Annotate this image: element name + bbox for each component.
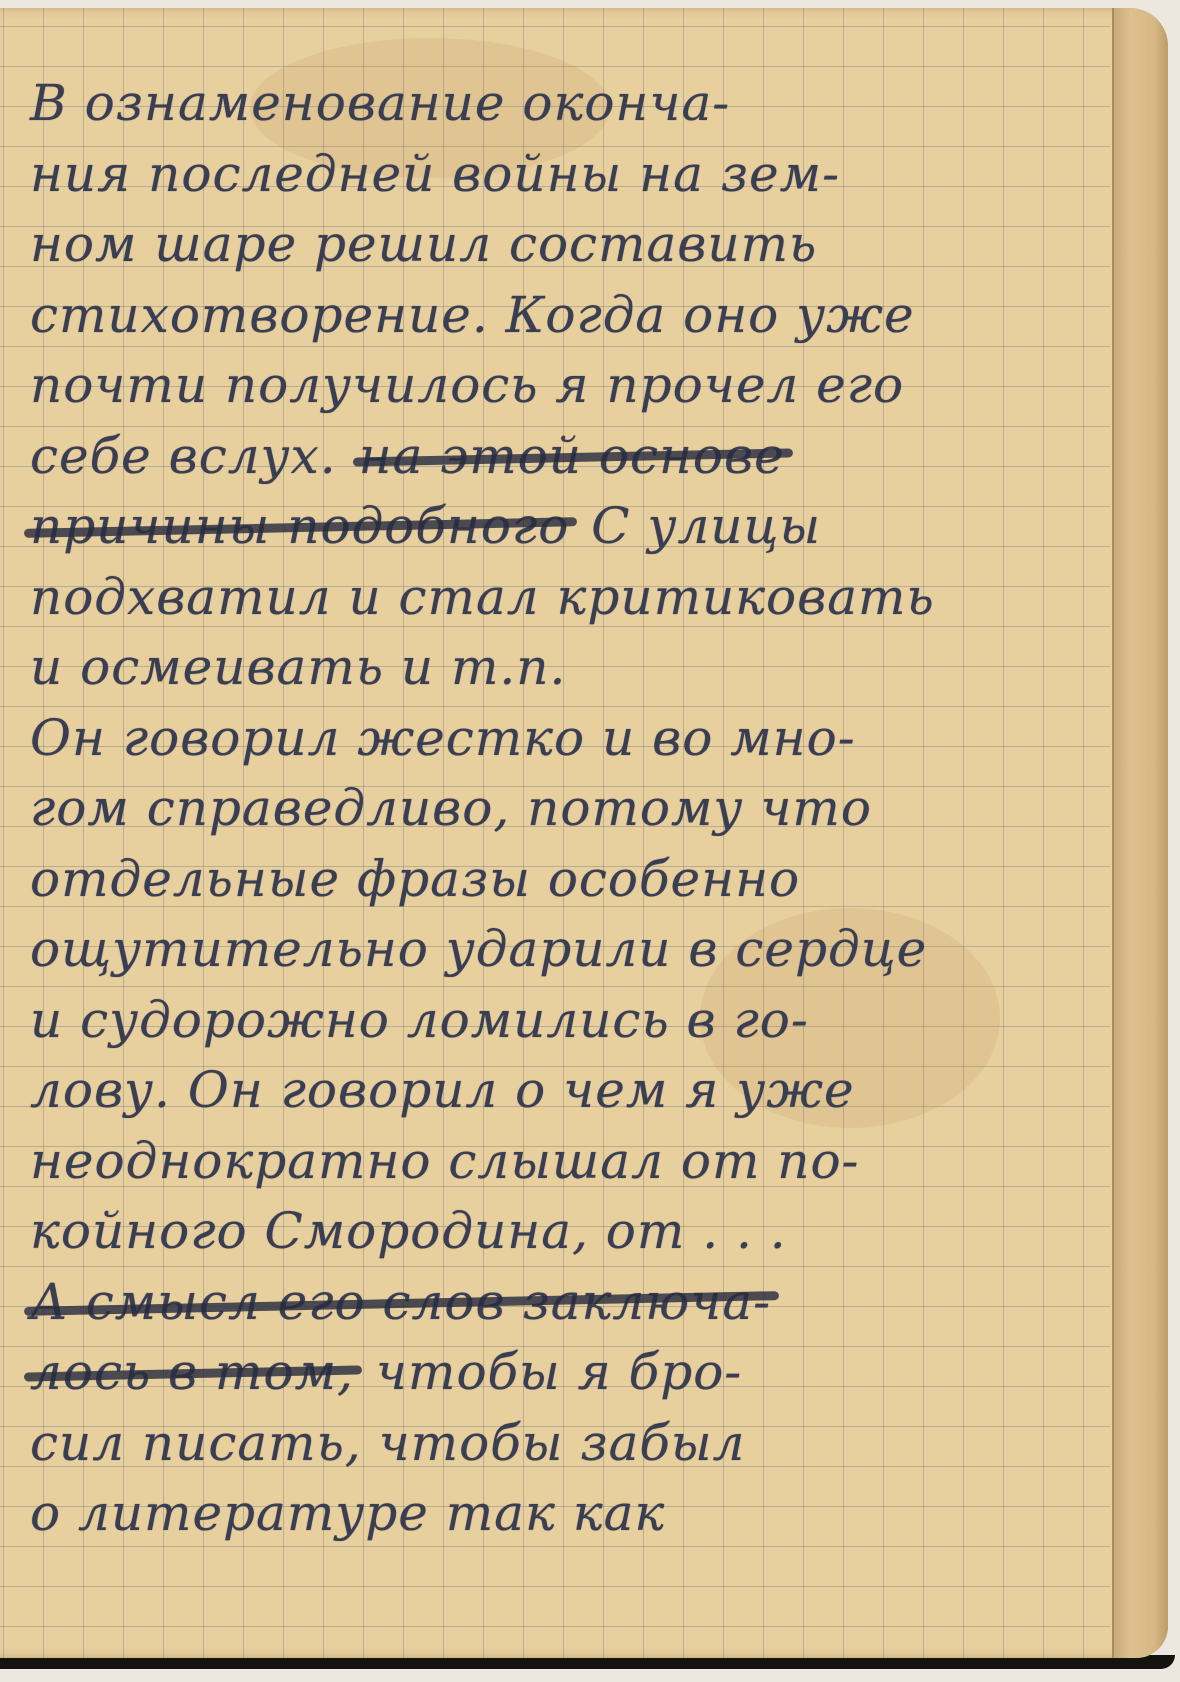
line-text: ния последней войны на зем-	[30, 139, 840, 209]
text-line: подхватил и стал критиковать	[30, 562, 1110, 633]
text-line: гом справедливо, потому что	[30, 773, 1110, 844]
text-line: Он говорил жестко и во мно-	[30, 703, 1110, 774]
struck-text: причины подобного	[30, 491, 569, 561]
line-text: сил писать, чтобы забыл	[30, 1408, 745, 1478]
line-text: гом справедливо, потому что	[30, 773, 872, 843]
text-line: и осмеивать и т.п.	[30, 632, 1110, 703]
line-text: ном шаре решил составить	[30, 209, 817, 279]
struck-text: лось в том,	[30, 1337, 354, 1407]
notebook-page: В ознаменование оконча-ния последней вой…	[0, 8, 1168, 1658]
handwritten-text: В ознаменование оконча-ния последней вой…	[30, 68, 1110, 1549]
text-line: стихотворение. Когда оно уже	[30, 280, 1110, 351]
text-line: лось в том,чтобы я бро-	[30, 1337, 1110, 1408]
line-text: подхватил и стал критиковать	[30, 562, 935, 632]
text-line: почти получилось я прочел его	[30, 350, 1110, 421]
text-line: ния последней войны на зем-	[30, 139, 1110, 210]
line-text: неоднократно слышал от по-	[30, 1126, 859, 1196]
text-line: неоднократно слышал от по-	[30, 1126, 1110, 1197]
line-text: чтобы я бро-	[376, 1337, 742, 1407]
text-line: ном шаре решил составить	[30, 209, 1110, 280]
text-line: А смысл его слов заключа-	[30, 1267, 1110, 1338]
text-line: отдельные фразы особенно	[30, 844, 1110, 915]
text-line: причины подобногоС улицы	[30, 491, 1110, 562]
line-text: лову. Он говорил о чем я уже	[30, 1055, 855, 1125]
line-text: койного Смородина, от . . .	[30, 1196, 787, 1266]
line-text: В ознаменование оконча-	[30, 68, 730, 138]
text-line: и судорожно ломились в го-	[30, 985, 1110, 1056]
text-line: себе вслух.на этой основе	[30, 421, 1110, 492]
line-text: почти получилось я прочел его	[30, 350, 904, 420]
line-text: и судорожно ломились в го-	[30, 985, 809, 1055]
line-text: ощутительно ударили в сердце	[30, 914, 927, 984]
text-line: о литературе так как	[30, 1478, 1110, 1549]
line-text: себе вслух.	[30, 421, 337, 491]
text-line: В ознаменование оконча-	[30, 68, 1110, 139]
text-line: койного Смородина, от . . .	[30, 1196, 1110, 1267]
struck-text: А смысл его слов заключа-	[30, 1267, 771, 1337]
text-line: ощутительно ударили в сердце	[30, 914, 1110, 985]
line-text: С улицы	[591, 491, 821, 561]
page-edge-fold	[1112, 8, 1168, 1658]
text-line: лову. Он говорил о чем я уже	[30, 1055, 1110, 1126]
struck-text: на этой основе	[359, 421, 785, 491]
line-text: Он говорил жестко и во мно-	[30, 703, 856, 773]
line-text: стихотворение. Когда оно уже	[30, 280, 915, 350]
text-line: сил писать, чтобы забыл	[30, 1408, 1110, 1479]
line-text: отдельные фразы особенно	[30, 844, 800, 914]
line-text: о литературе так как	[30, 1478, 665, 1548]
line-text: и осмеивать и т.п.	[30, 632, 566, 702]
